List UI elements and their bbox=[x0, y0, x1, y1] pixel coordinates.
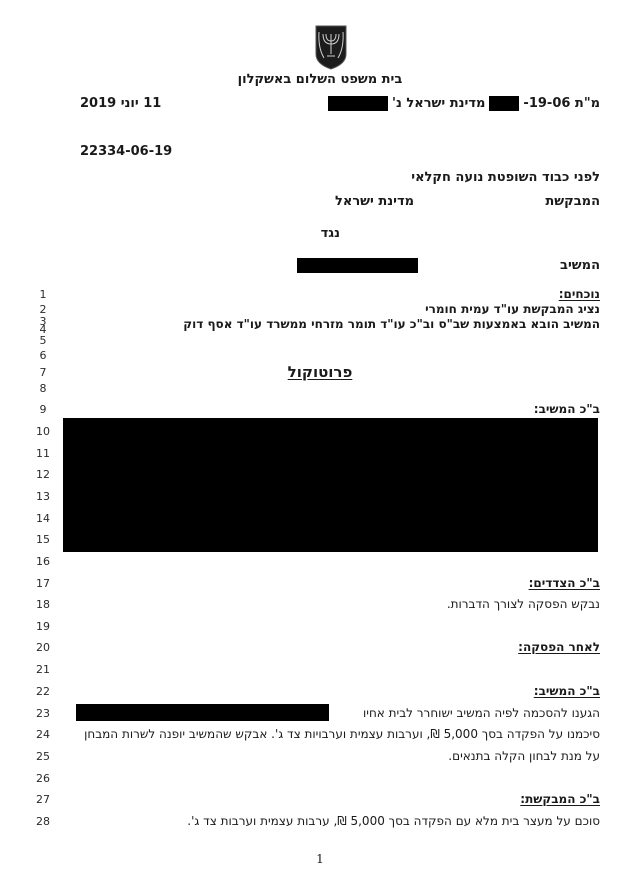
line-number: 19 bbox=[28, 620, 58, 633]
line-number: 8 bbox=[28, 382, 58, 395]
hearing-date: 11 יוני 2019 bbox=[80, 96, 161, 111]
line-number: 22 bbox=[28, 685, 58, 698]
line-number: 15 bbox=[28, 533, 58, 546]
applicant-statement: סוכם על מעצר בית מלא עם הפקדה בסך 5,000 … bbox=[187, 814, 600, 828]
case-number: 22334-06-19 bbox=[80, 144, 172, 159]
line-number: 16 bbox=[28, 555, 58, 568]
line-number: 25 bbox=[28, 750, 58, 763]
case-prefix: מ"ת 19-06- bbox=[523, 96, 600, 111]
section-header-parties-counsel: ב"כ הצדדים: bbox=[529, 576, 600, 590]
judge-line: לפני כבוד השופטת נועה חקלאי bbox=[411, 170, 600, 185]
line-number: 26 bbox=[28, 772, 58, 785]
parties-request-text: נבקש הפסקה לצורך הדברות. bbox=[447, 597, 600, 611]
redaction-respondent-name bbox=[328, 96, 388, 111]
redaction-respondent bbox=[297, 258, 418, 273]
line-number: 23 bbox=[28, 707, 58, 720]
line-number: 17 bbox=[28, 577, 58, 590]
line-number: 11 bbox=[28, 447, 58, 460]
case-parties-mid: מדינת ישראל נ' bbox=[392, 96, 485, 111]
line-number: 1 bbox=[28, 288, 58, 301]
protocol-title-text: פרוטוקול bbox=[288, 363, 353, 381]
section-header-respondent-counsel-2: ב"כ המשיב: bbox=[534, 684, 600, 698]
page-number: 1 bbox=[0, 852, 640, 866]
present-line-1: נציג המבקשת עו"ד עמית חומרי bbox=[425, 302, 600, 316]
applicant-name: מדינת ישראל bbox=[335, 194, 414, 209]
line-number: 6 bbox=[28, 349, 58, 362]
agreement-line-3: על מנת לבחון הקלה בתנאים. bbox=[448, 749, 600, 763]
line-number: 10 bbox=[28, 425, 58, 438]
line-number: 12 bbox=[28, 468, 58, 481]
section-header-after-recess: לאחר הפסקה: bbox=[518, 640, 600, 654]
state-emblem-icon bbox=[314, 24, 348, 70]
present-label: נוכחים: bbox=[559, 287, 600, 301]
present-line-2: המשיב הובא באמצעות שב"ס וב"כ עו"ד תומר מ… bbox=[183, 317, 600, 331]
redaction-block bbox=[63, 418, 598, 552]
line-number: 20 bbox=[28, 641, 58, 654]
line-number: 5 bbox=[28, 334, 58, 347]
redaction-case-number bbox=[489, 96, 519, 111]
line-number: 9 bbox=[28, 403, 58, 416]
section-header-applicant-counsel: ב"כ המבקשת: bbox=[520, 792, 600, 806]
line-number: 18 bbox=[28, 598, 58, 611]
agreement-line-1: הגענו להסכמה לפיה המשיב ישוחרר לבית אחיו bbox=[363, 706, 600, 720]
protocol-title: פרוטוקול bbox=[0, 363, 640, 381]
case-title: מ"ת 19-06- מדינת ישראל נ' bbox=[328, 96, 600, 111]
line-number: 21 bbox=[28, 663, 58, 676]
line-number: 14 bbox=[28, 512, 58, 525]
agreement-line-2: סיכמנו על הפקדה בסך 5,000 ₪, וערבות עצמי… bbox=[84, 727, 600, 741]
line-number: 28 bbox=[28, 815, 58, 828]
applicant-label: המבקשת bbox=[545, 194, 600, 209]
redaction-address bbox=[76, 704, 329, 721]
section-header-respondent-counsel: ב"כ המשיב: bbox=[534, 402, 600, 416]
line-number: 24 bbox=[28, 728, 58, 741]
versus-label: נגד bbox=[321, 226, 340, 241]
line-number: 27 bbox=[28, 793, 58, 806]
line-number: 13 bbox=[28, 490, 58, 503]
respondent-label: המשיב bbox=[560, 258, 600, 273]
court-name: בית משפט השלום באשקלון bbox=[0, 72, 640, 87]
